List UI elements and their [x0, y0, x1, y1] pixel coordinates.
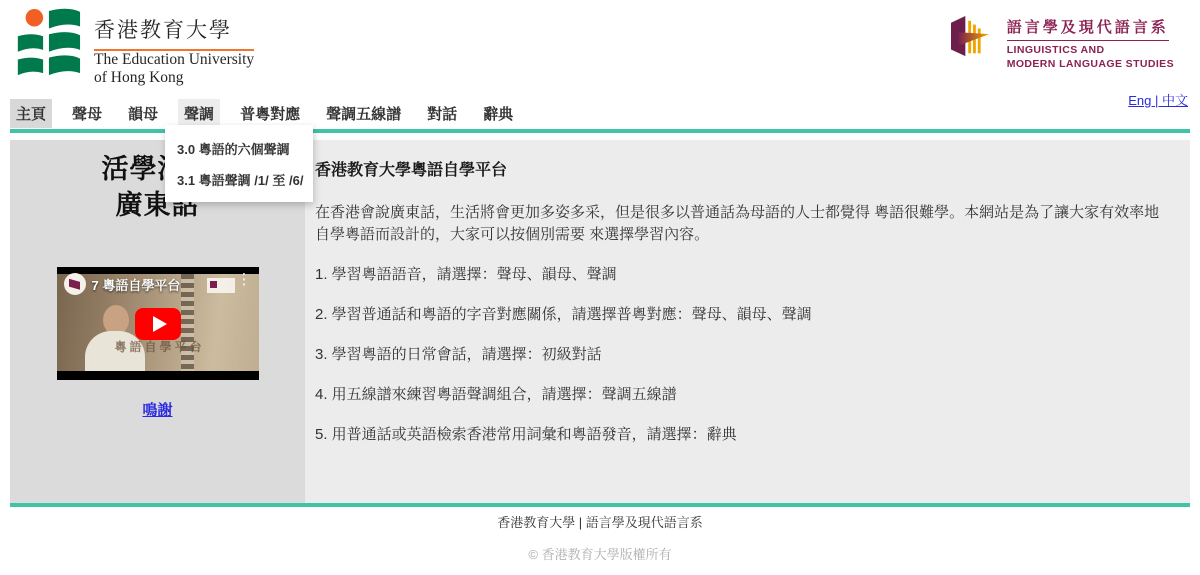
dropdown-item-six-tones[interactable]: 3.0 粵語的六個聲調 [165, 131, 313, 162]
intro-paragraph: 在香港會說廣東話，生活將會更加多姿多采，但是很多以普通話為母語的人士都覺得 粵語… [315, 202, 1174, 246]
instruction-item-2: 2. 學習普通話和粵語的字音對應關係，請選擇普粵對應：聲母、韻母、聲調 [315, 304, 1174, 326]
footer-divider [10, 503, 1190, 507]
language-switch-link[interactable]: Eng | 中文 [1128, 93, 1188, 108]
nav-item-home[interactable]: 主頁 [10, 99, 52, 128]
video-watermark-text: 粵語自學平台 [115, 338, 205, 355]
video-menu-kebab-icon[interactable]: ⋮ [237, 272, 252, 287]
university-name-en-line1: The Education University [94, 51, 254, 68]
tones-dropdown-menu: 3.0 粵語的六個聲調 3.1 粵語聲調 /1/ 至 /6/ [165, 125, 313, 202]
instruction-item-3: 3. 學習粵語的日常會話，請選擇：初級對話 [315, 344, 1174, 366]
youtube-play-button-icon[interactable] [135, 308, 181, 340]
eduhk-logo-icon [12, 8, 82, 85]
video-title-bar: 7 粵語自學平台 [64, 273, 181, 295]
university-name-en-line2: of Hong Kong [94, 69, 184, 86]
nav-item-dictionary[interactable]: 辭典 [477, 99, 519, 128]
department-logo[interactable]: 語言學及現代語言系 LINGUISTICS AND MODERN LANGUAG… [949, 16, 1174, 71]
channel-avatar[interactable] [64, 273, 86, 295]
footer-copyright: © 香港教育大學版權所有 [0, 544, 1200, 563]
main-panel: 香港教育大學粵語自學平台 在香港會說廣東話，生活將會更加多姿多采，但是很多以普通… [305, 140, 1190, 503]
department-name-zh: 語言學及現代語言系 [1007, 16, 1169, 41]
nav-item-initials[interactable]: 聲母 [66, 99, 108, 128]
nav-item-tone-staff[interactable]: 聲調五線譜 [320, 99, 407, 128]
page-title: 香港教育大學粵語自學平台 [315, 157, 1174, 180]
filmstrip-decoration [181, 274, 194, 371]
nav-item-mandarin-cantonese[interactable]: 普粵對應 [234, 99, 306, 128]
dropdown-item-tones-1-6[interactable]: 3.1 粵語聲調 /1/ 至 /6/ [165, 162, 313, 193]
language-switcher: Eng | 中文 [1128, 90, 1188, 109]
youtube-video-embed[interactable]: 粵語自學平台 7 粵語自學平台 ⋮ [57, 267, 259, 380]
nav-item-dialogue[interactable]: 對話 [421, 99, 463, 128]
credits-row: 鳴謝 [10, 399, 305, 420]
nav-item-finals[interactable]: 韻母 [122, 99, 164, 128]
university-logo[interactable]: 香港教育大學 The Education University of Hong … [12, 8, 254, 87]
university-name-zh: 香港教育大學 [94, 14, 254, 51]
department-name-en-line1: LINGUISTICS AND [1007, 44, 1105, 56]
video-title[interactable]: 7 粵語自學平台 [92, 275, 181, 294]
footer-affiliation: 香港教育大學 | 語言學及現代語言系 [0, 512, 1200, 531]
nav-item-tones[interactable]: 聲調 [178, 99, 220, 128]
instruction-item-5: 5. 用普通話或英語檢索香港常用詞彙和粵語發音，請選擇：辭典 [315, 424, 1174, 446]
main-navigation: 主頁 聲母 韻母 聲調 普粵對應 聲調五線譜 對話 辭典 [10, 99, 519, 128]
instruction-item-1: 1. 學習粵語語音，請選擇：聲母、韻母、聲調 [315, 264, 1174, 286]
linguistics-dept-logo-icon [949, 16, 997, 65]
credits-link[interactable]: 鳴謝 [142, 402, 172, 419]
department-name-en-line2: MODERN LANGUAGE STUDIES [1007, 58, 1174, 70]
instruction-item-4: 4. 用五線譜來練習粵語聲調組合，請選擇：聲調五線譜 [315, 384, 1174, 406]
video-endcard [207, 278, 235, 293]
